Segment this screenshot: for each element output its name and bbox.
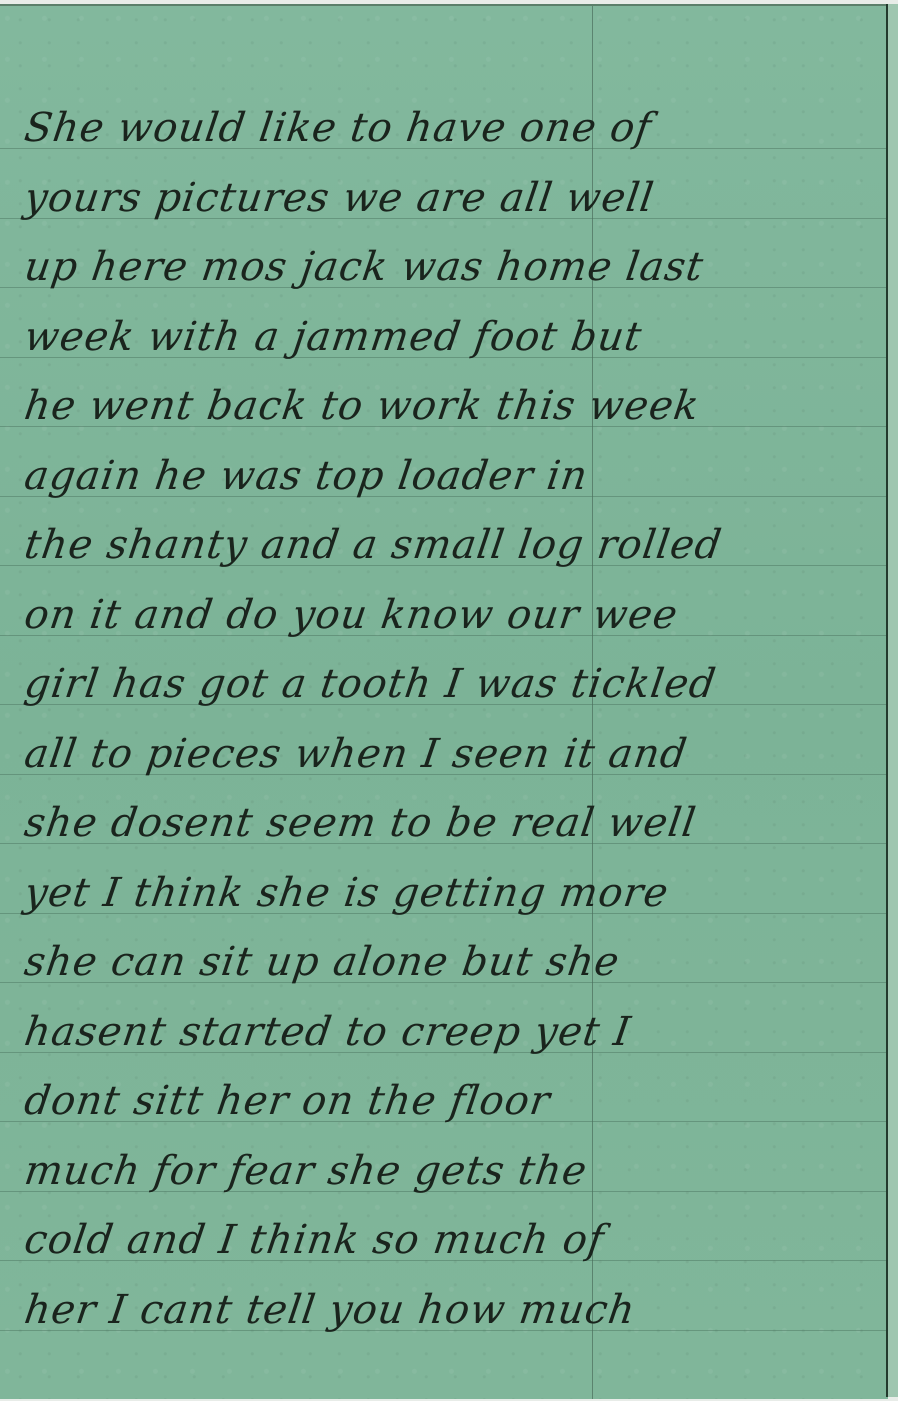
letter-page: She would like to have one of yours pict…	[0, 4, 888, 1399]
text-line: up here mos jack was home last	[22, 247, 888, 287]
text-line: yours pictures we are all well	[22, 178, 888, 218]
text-line: She would like to have one of	[22, 108, 888, 148]
text-line: hasent started to creep yet I	[22, 1012, 888, 1052]
text-line: on it and do you know our wee	[22, 595, 888, 635]
text-line: week with a jammed foot but	[22, 317, 888, 357]
text-line: cold and I think so much of	[22, 1220, 888, 1260]
text-line: girl has got a tooth I was tickled	[22, 664, 888, 704]
text-line: he went back to work this week	[22, 386, 888, 426]
text-line: yet I think she is getting more	[22, 873, 888, 913]
text-line: she dosent seem to be real well	[22, 803, 888, 843]
text-line: the shanty and a small log rolled	[22, 525, 888, 565]
text-line: her I cant tell you how much	[22, 1290, 888, 1330]
text-line: all to pieces when I seen it and	[22, 734, 888, 774]
text-line: much for fear she gets the	[22, 1151, 888, 1191]
text-line: she can sit up alone but she	[22, 942, 888, 982]
text-line: again he was top loader in	[22, 456, 888, 496]
text-line: dont sitt her on the floor	[22, 1081, 888, 1121]
scan-margin	[888, 4, 898, 1397]
